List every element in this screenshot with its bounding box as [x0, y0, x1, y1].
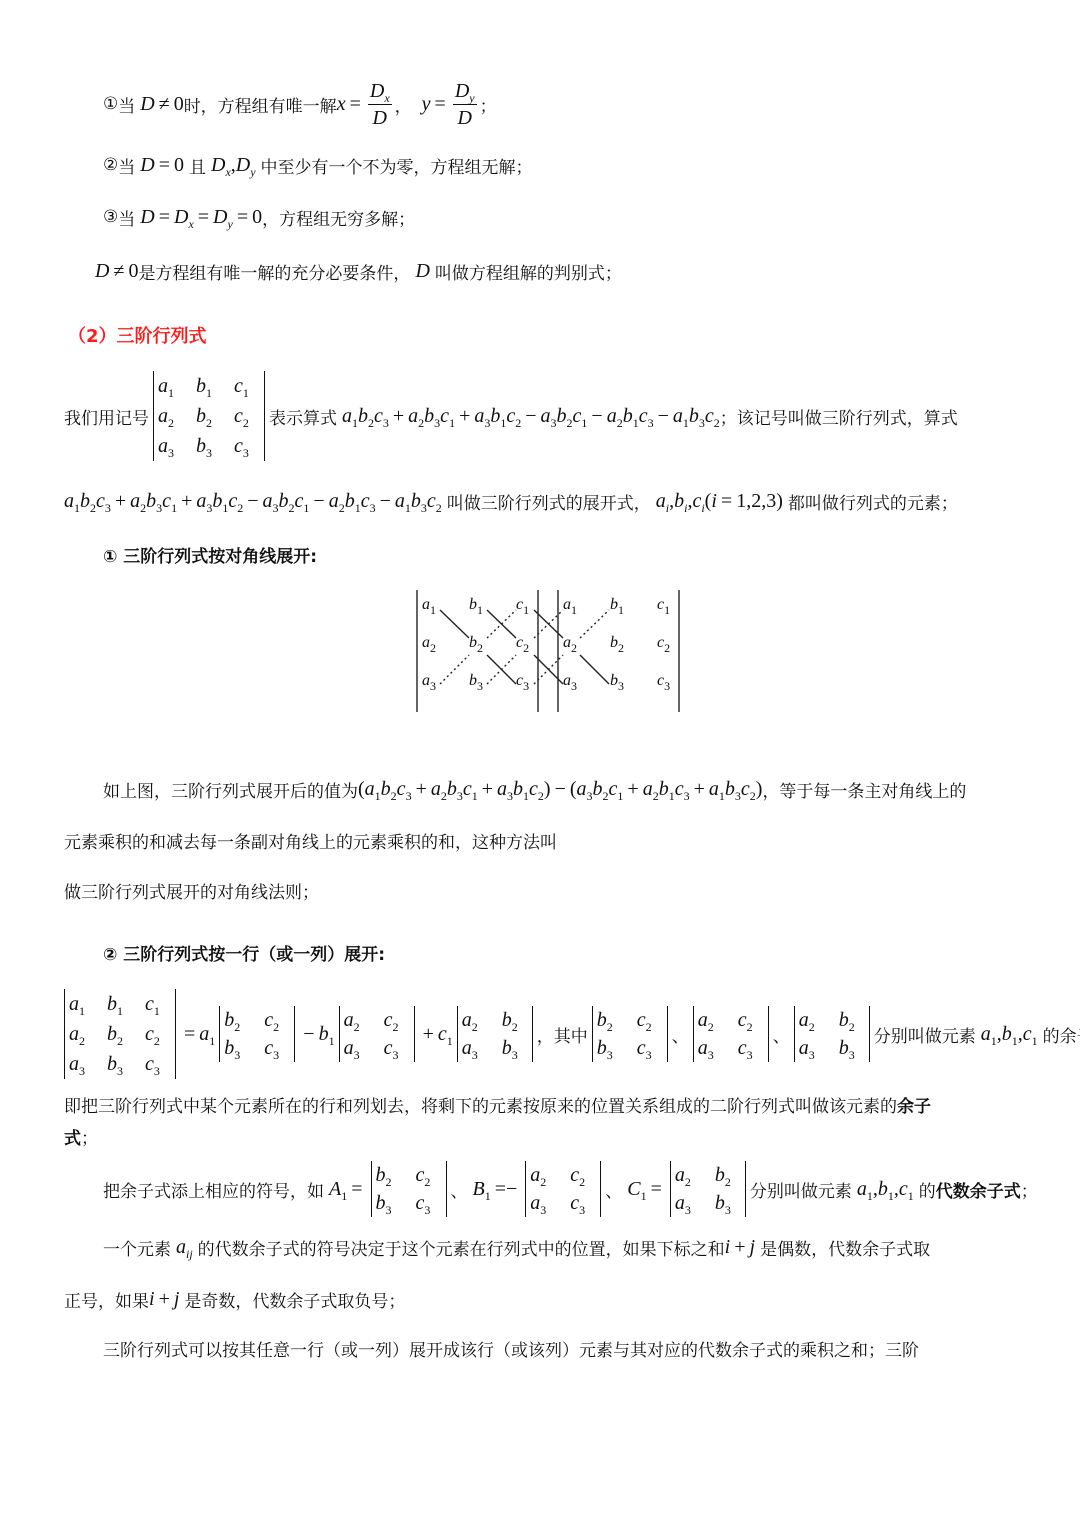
case-3-text: ，方程组无穷多解；	[262, 205, 415, 230]
case-1-marker: ①	[103, 94, 118, 114]
paragraph-text: 是偶数，代数余子式取	[760, 1235, 930, 1260]
case-2-line: ② 当 D=0 且 Dx,Dy 中至少有一个不为零，方程组无解；	[103, 150, 533, 180]
diagram-elements: a1b1c1a1b1c1 a2b2c2a2b2c2 a3b3c3a3b3c3	[422, 596, 697, 690]
paragraph-text: 分别叫做元素	[750, 1177, 852, 1202]
expansion-text: 叫做三阶行列式的展开式，	[447, 489, 651, 514]
case-2-text: 且	[189, 153, 206, 178]
case-1-text: 时，方程组有唯一解	[184, 92, 337, 117]
math-d-neq-0: D≠0	[135, 93, 183, 116]
term-minor: 余子	[897, 1092, 931, 1117]
paragraph-text: 如上图，三阶行列式展开后的值为	[103, 777, 358, 802]
definition-text: 我们用记号	[64, 404, 149, 429]
diagonal-explanation-line-3: 做三阶行列式展开的对角线法则；	[64, 876, 319, 904]
determinant-3x3: a1b1c1 a2b2c2 a3b3c3	[64, 989, 176, 1079]
laplace-expansion-line: 三阶行列式可以按其任意一行（或一列）展开成该行（或该列）元素与其对应的代数余子式…	[103, 1334, 919, 1362]
diagonal-explanation-line-2: 元素乘积的和减去每一条副对角线上的元素乘积的和，这种方法叫	[64, 826, 557, 854]
math-dx-dy: Dx,Dy	[206, 154, 261, 177]
semicolon: ；	[81, 1124, 98, 1149]
expansion-line: a1b2c3+a2b3c1+a3b1c2−a3b2c1−a2b1c3−a1b3c…	[64, 486, 958, 516]
separator: 、	[451, 1177, 468, 1202]
elements-notation: ai,bi,ci(i=1,2,3)	[651, 490, 788, 513]
term-minor: 式	[64, 1124, 81, 1149]
diagonal-value-formula: (a1b2c3+a2b3c1+a3b1c2)−(a3b2c1+a2b1c3+a1…	[358, 778, 762, 801]
determinant-3x3: a1b1c1 a2b2c2 a3b3c3	[153, 371, 265, 461]
sign-rule-line-1: 一个元素 aij 的代数余子式的符号决定于这个元素在行列式中的位置，如果下标之和…	[103, 1232, 930, 1262]
case-2-text: 当	[118, 153, 135, 178]
minor-a1: b2c2b3c3	[219, 1006, 295, 1062]
comma: ，	[395, 92, 412, 117]
math-x-eq: x=	[337, 93, 365, 116]
fraction-dx-over-d: DxD	[368, 79, 392, 130]
elements-a1-b1-c1: a1,b1,c1	[976, 1023, 1043, 1046]
math-y-eq: y=	[412, 93, 450, 116]
minor-c1: a2b2a3b3	[794, 1006, 870, 1062]
paragraph-text: 的	[919, 1177, 936, 1202]
cofactor-definition-line: 把余子式添上相应的符号，如 A1= b2c2b3c3 、 B1=− a2c2a3…	[103, 1156, 1038, 1222]
sign-rule-line-2: 正号，如果 i+j 是奇数，代数余子式取负号；	[64, 1284, 405, 1314]
definition-text: ；该记号叫做三阶行列式，算式	[720, 404, 958, 429]
equation-text: 分别叫做元素	[874, 1022, 976, 1047]
math-d-dx-dy-0: D=Dx=Dy=0	[135, 206, 262, 229]
cofactor-b1: a2c2a3c3	[525, 1161, 601, 1217]
case-3-marker: ③	[103, 207, 118, 227]
case-1-text: 当	[118, 92, 135, 117]
cofactor-c1: a2b2a3b3	[670, 1161, 746, 1217]
diagonal-explanation-line-1: 如上图，三阶行列式展开后的值为 (a1b2c3+a2b3c1+a3b1c2)−(…	[103, 774, 966, 804]
separator: 、	[672, 1022, 689, 1047]
math-d: D	[410, 260, 434, 283]
discriminant-line: D≠0 是方程组有唯一解的充分必要条件， D 叫做方程组解的判别式；	[95, 256, 622, 286]
equation-text: 的余子式，	[1043, 1022, 1080, 1047]
minor-b1: a2c2a3c3	[693, 1006, 769, 1062]
subsection-heading-row-expansion: ② 三阶行列式按一行（或一列）展开:	[103, 938, 385, 966]
fraction-dy-over-d: DyD	[453, 79, 477, 130]
semicolon: ；	[480, 92, 497, 117]
conclusion-text: 是方程组有唯一解的充分必要条件，	[138, 259, 410, 284]
minor-definition-line-2: 式 ；	[64, 1122, 98, 1150]
separator: 、	[773, 1022, 790, 1047]
expansion-formula: a1b2c3+a2b3c1+a3b1c2−a3b2c1−a2b1c3−a1b3c…	[64, 490, 447, 513]
minor-definition-line-1: 即把三阶行列式中某个元素所在的行和列划去，将剩下的元素按原来的位置关系组成的二阶…	[64, 1090, 931, 1118]
case-3-text: 当	[118, 205, 135, 230]
minor-a1: b2c2b3c3	[592, 1006, 668, 1062]
separator: 、	[605, 1177, 622, 1202]
definition-text: 表示算式	[269, 404, 337, 429]
case-3-line: ③ 当 D=Dx=Dy=0 ，方程组无穷多解；	[103, 202, 415, 232]
paragraph-text: 一个元素	[103, 1235, 171, 1260]
case-1-line: ① 当 D≠0 时，方程组有唯一解 x= DxD ， y= DyD ；	[103, 78, 497, 130]
diagonal-rule-diagram: a1b1c1a1b1c1 a2b2c2a2b2c2 a3b3c3a3b3c3	[412, 588, 682, 714]
subsection-heading-diagonal: ① 三阶行列式按对角线展开:	[103, 540, 317, 568]
math-d-neq-0: D≠0	[95, 260, 138, 283]
conclusion-text: 叫做方程组解的判别式；	[435, 259, 622, 284]
equation-text: ，其中	[537, 1022, 588, 1047]
paragraph-text: 正号，如果	[64, 1287, 149, 1312]
paragraph-text: ，等于每一条主对角线上的	[762, 777, 966, 802]
minor-b1: a2c2a3c3	[339, 1006, 415, 1062]
term-cofactor: 代数余子式	[936, 1177, 1021, 1202]
paragraph-text: 即把三阶行列式中某个元素所在的行和列划去，将剩下的元素按原来的位置关系组成的二阶…	[64, 1092, 897, 1117]
expansion-text: 都叫做行列式的元素；	[788, 489, 958, 514]
paragraph-text: 把余子式添上相应的符号，如	[103, 1177, 324, 1202]
minor-c1: a2b2a3b3	[457, 1006, 533, 1062]
paragraph-text: 的代数余子式的符号决定于这个元素在行列式中的位置，如果下标之和	[198, 1235, 725, 1260]
cofactor-a1: b2c2b3c3	[371, 1161, 447, 1217]
expansion-formula: a1b2c3+a2b3c1+a3b1c2−a3b2c1−a2b1c3−a1b3c…	[337, 405, 720, 428]
definition-line: 我们用记号 a1b1c1 a2b2c2 a3b3c3 表示算式 a1b2c3+a…	[64, 368, 958, 464]
case-2-text: 中至少有一个不为零，方程组无解；	[261, 153, 533, 178]
row-expansion-equation: a1b1c1 a2b2c2 a3b3c3 =a1 b2c2b3c3 −b1 a2…	[64, 986, 1080, 1082]
paragraph-text: 是奇数，代数余子式取负号；	[184, 1287, 405, 1312]
case-2-marker: ②	[103, 155, 118, 175]
semicolon: ；	[1021, 1177, 1038, 1202]
section-heading: （2）三阶行列式	[68, 320, 207, 350]
math-d-eq-0: D=0	[135, 154, 189, 177]
